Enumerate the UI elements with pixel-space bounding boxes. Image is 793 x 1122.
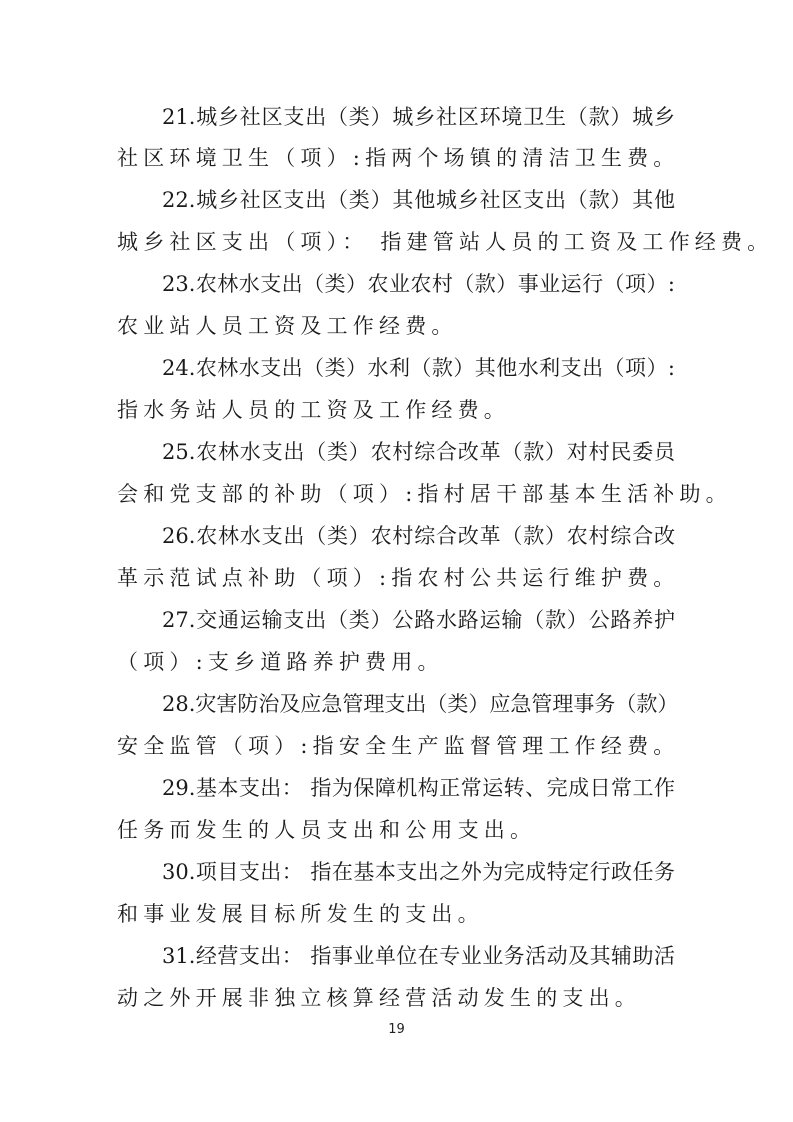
- paragraph-29-line-2: 任务而发生的人员支出和公用支出。: [117, 815, 675, 845]
- paragraph-25-line-2: 会和党支部的补助（项）:指村居干部基本生活补助。: [117, 479, 675, 509]
- paragraph-29-line-1: 29.基本支出： 指为保障机构正常运转、完成日常工作: [162, 773, 675, 803]
- paragraph-22-line-1: 22.城乡社区支出（类）其他城乡社区支出（款）其他: [162, 185, 675, 215]
- paragraph-24-line-2: 指水务站人员的工资及工作经费。: [117, 395, 675, 425]
- paragraph-30-line-1: 30.项目支出： 指在基本支出之外为完成特定行政任务: [162, 857, 675, 887]
- paragraph-23-line-1: 23.农林水支出（类）农业农村（款）事业运行（项）:: [162, 269, 675, 299]
- paragraph-26-line-1: 26.农林水支出（类）农村综合改革（款）农村综合改: [162, 521, 675, 551]
- document-page: 21.城乡社区支出（类）城乡社区环境卫生（款）城乡 社区环境卫生（项）:指两个场…: [0, 0, 793, 1122]
- paragraph-28-line-1: 28.灾害防治及应急管理支出（类）应急管理事务（款）: [162, 689, 675, 719]
- paragraph-31-line-2: 动之外开展非独立核算经营活动发生的支出。: [117, 983, 675, 1013]
- paragraph-31-line-1: 31.经营支出： 指事业单位在专业业务活动及其辅助活: [162, 941, 675, 971]
- paragraph-21-line-2: 社区环境卫生（项）:指两个场镇的清洁卫生费。: [117, 143, 675, 173]
- paragraph-23-line-2: 农业站人员工资及工作经费。: [117, 311, 675, 341]
- page-number: 19: [0, 1022, 793, 1037]
- paragraph-25-line-1: 25.农林水支出（类）农村综合改革（款）对村民委员: [162, 437, 675, 467]
- paragraph-22-line-2: 城乡社区支出（项）： 指建管站人员的工资及工作经费。: [117, 227, 675, 257]
- paragraph-27-line-2: （项）:支乡道路养护费用。: [117, 647, 675, 677]
- paragraph-21-line-1: 21.城乡社区支出（类）城乡社区环境卫生（款）城乡: [162, 102, 675, 132]
- paragraph-26-line-2: 革示范试点补助（项）:指农村公共运行维护费。: [117, 563, 675, 593]
- paragraph-27-line-1: 27.交通运输支出（类）公路水路运输（款）公路养护: [162, 605, 675, 635]
- paragraph-24-line-1: 24.农林水支出（类）水利（款）其他水利支出（项）:: [162, 353, 675, 383]
- paragraph-28-line-2: 安全监管（项）:指安全生产监督管理工作经费。: [117, 731, 675, 761]
- paragraph-30-line-2: 和事业发展目标所发生的支出。: [117, 899, 675, 929]
